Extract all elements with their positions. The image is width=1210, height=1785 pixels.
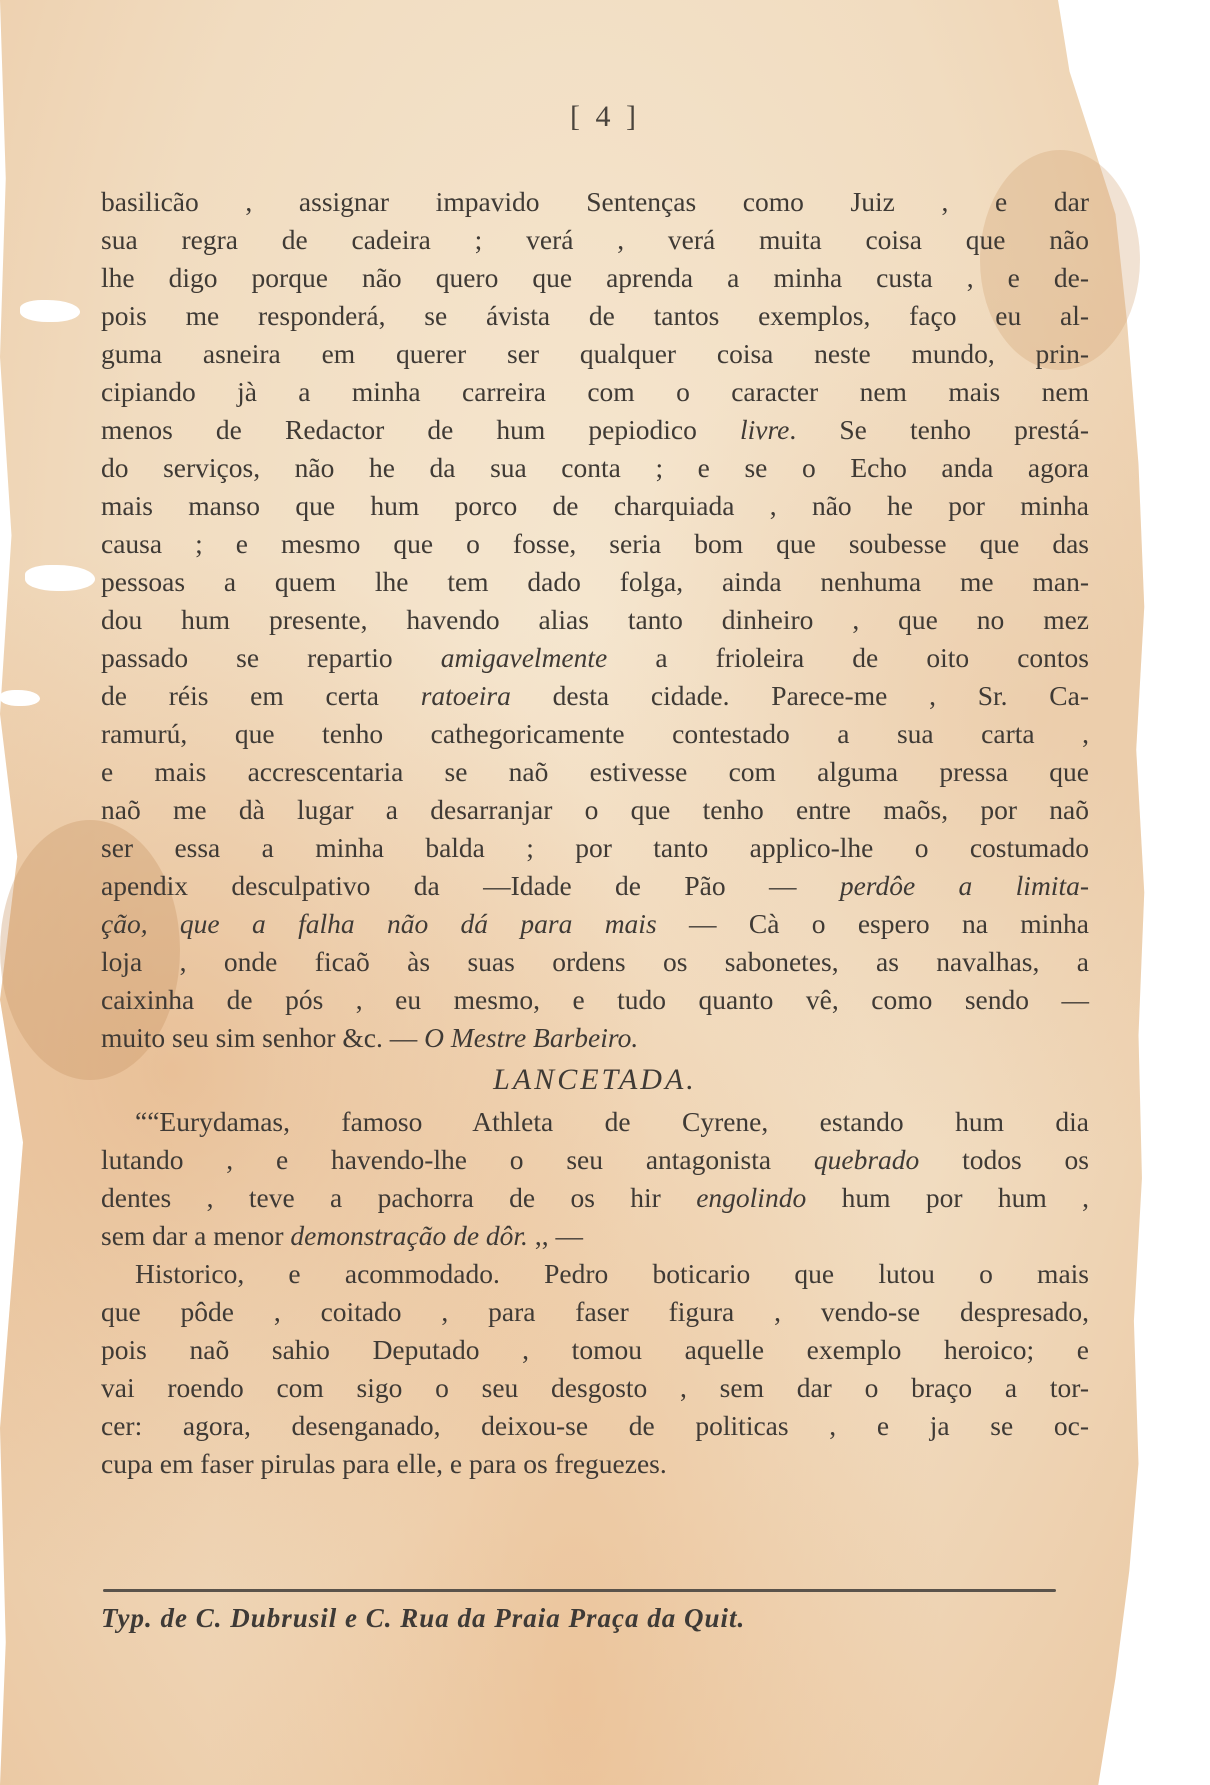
text-line: cer: agora, desenganado, deixou-se de po… <box>101 1407 1089 1445</box>
text-line: cipiando jà a minha carreira com o carac… <box>101 373 1089 411</box>
paragraph-barbeiro-letter: basilicão , assignar impavido Sentenças … <box>101 183 1089 1057</box>
paper-tear <box>1110 0 1210 60</box>
text-line: Historico, e acommodado. Pedro boticario… <box>101 1255 1089 1293</box>
text-line: de réis em certa ratoeira desta cidade. … <box>101 677 1089 715</box>
text-line: pois me responderá, se ávista de tantos … <box>101 297 1089 335</box>
text-line: loja , onde ficaõ às suas ordens os sabo… <box>101 943 1089 981</box>
text-line: guma asneira em querer ser qualquer cois… <box>101 335 1089 373</box>
text-line: apendix desculpativo da —Idade de Pão — … <box>101 867 1089 905</box>
text-line: dou hum presente, havendo alias tanto di… <box>101 601 1089 639</box>
paper-tear <box>1160 330 1210 360</box>
text-line: do serviços, não he da sua conta ; e se … <box>101 449 1089 487</box>
paper-tear <box>25 565 95 591</box>
text-line: sua regra de cadeira ; verá , verá muita… <box>101 221 1089 259</box>
page-number: [ 4 ] <box>0 100 1210 134</box>
paper-tear <box>20 300 80 322</box>
text-line: basilicão , assignar impavido Sentenças … <box>101 183 1089 221</box>
text-line: pessoas a quem lhe tem dado folga, ainda… <box>101 563 1089 601</box>
text-line: cupa em faser pirulas para elle, e para … <box>101 1445 1089 1483</box>
text-line: mais manso que hum porco de charquiada ,… <box>101 487 1089 525</box>
text-line: ““Eurydamas, famoso Athleta de Cyrene, e… <box>101 1103 1089 1141</box>
text-line: caixinha de pós , eu mesmo, e tudo quant… <box>101 981 1089 1019</box>
text-line: passado se repartio amigavelmente a frio… <box>101 639 1089 677</box>
text-line: menos de Redactor de hum pepiodico livre… <box>101 411 1089 449</box>
paragraph-pedro-boticario: Historico, e acommodado. Pedro boticario… <box>101 1255 1089 1483</box>
text-line: dentes , teve a pachorra de os hir engol… <box>101 1179 1089 1217</box>
text-line: sem dar a menor demonstração de dôr. ,, … <box>101 1217 1089 1255</box>
printer-imprint: Typ. de C. Dubrusil e C. Rua da Praia Pr… <box>101 1603 1091 1634</box>
text-line: lhe digo porque não quero que aprenda a … <box>101 259 1089 297</box>
text-line: naõ me dà lugar a desarranjar o que tenh… <box>101 791 1089 829</box>
text-line: pois naõ sahio Deputado , tomou aquelle … <box>101 1331 1089 1369</box>
text-line: lutando , e havendo-lhe o seu antagonist… <box>101 1141 1089 1179</box>
text-line: ser essa a minha balda ; por tanto appli… <box>101 829 1089 867</box>
text-line: causa ; e mesmo que o fosse, seria bom q… <box>101 525 1089 563</box>
body-text: basilicão , assignar impavido Sentenças … <box>101 183 1089 1483</box>
paper-tear <box>0 690 40 706</box>
section-title: LANCETADA. <box>101 1057 1089 1103</box>
paragraph-eurydamas-quote: ““Eurydamas, famoso Athleta de Cyrene, e… <box>101 1103 1089 1255</box>
text-line: que pôde , coitado , para faser figura ,… <box>101 1293 1089 1331</box>
text-line: e mais accrescentaria se naõ estivesse c… <box>101 753 1089 791</box>
signature-line: muito seu sim senhor &c. — O Mestre Barb… <box>101 1019 1089 1057</box>
text-line: ramurú, que tenho cathegoricamente conte… <box>101 715 1089 753</box>
text-line: ção, que a falha não dá para mais — Cà o… <box>101 905 1089 943</box>
text-line: vai roendo com sigo o seu desgosto , sem… <box>101 1369 1089 1407</box>
horizontal-rule-divider <box>103 1589 1056 1592</box>
